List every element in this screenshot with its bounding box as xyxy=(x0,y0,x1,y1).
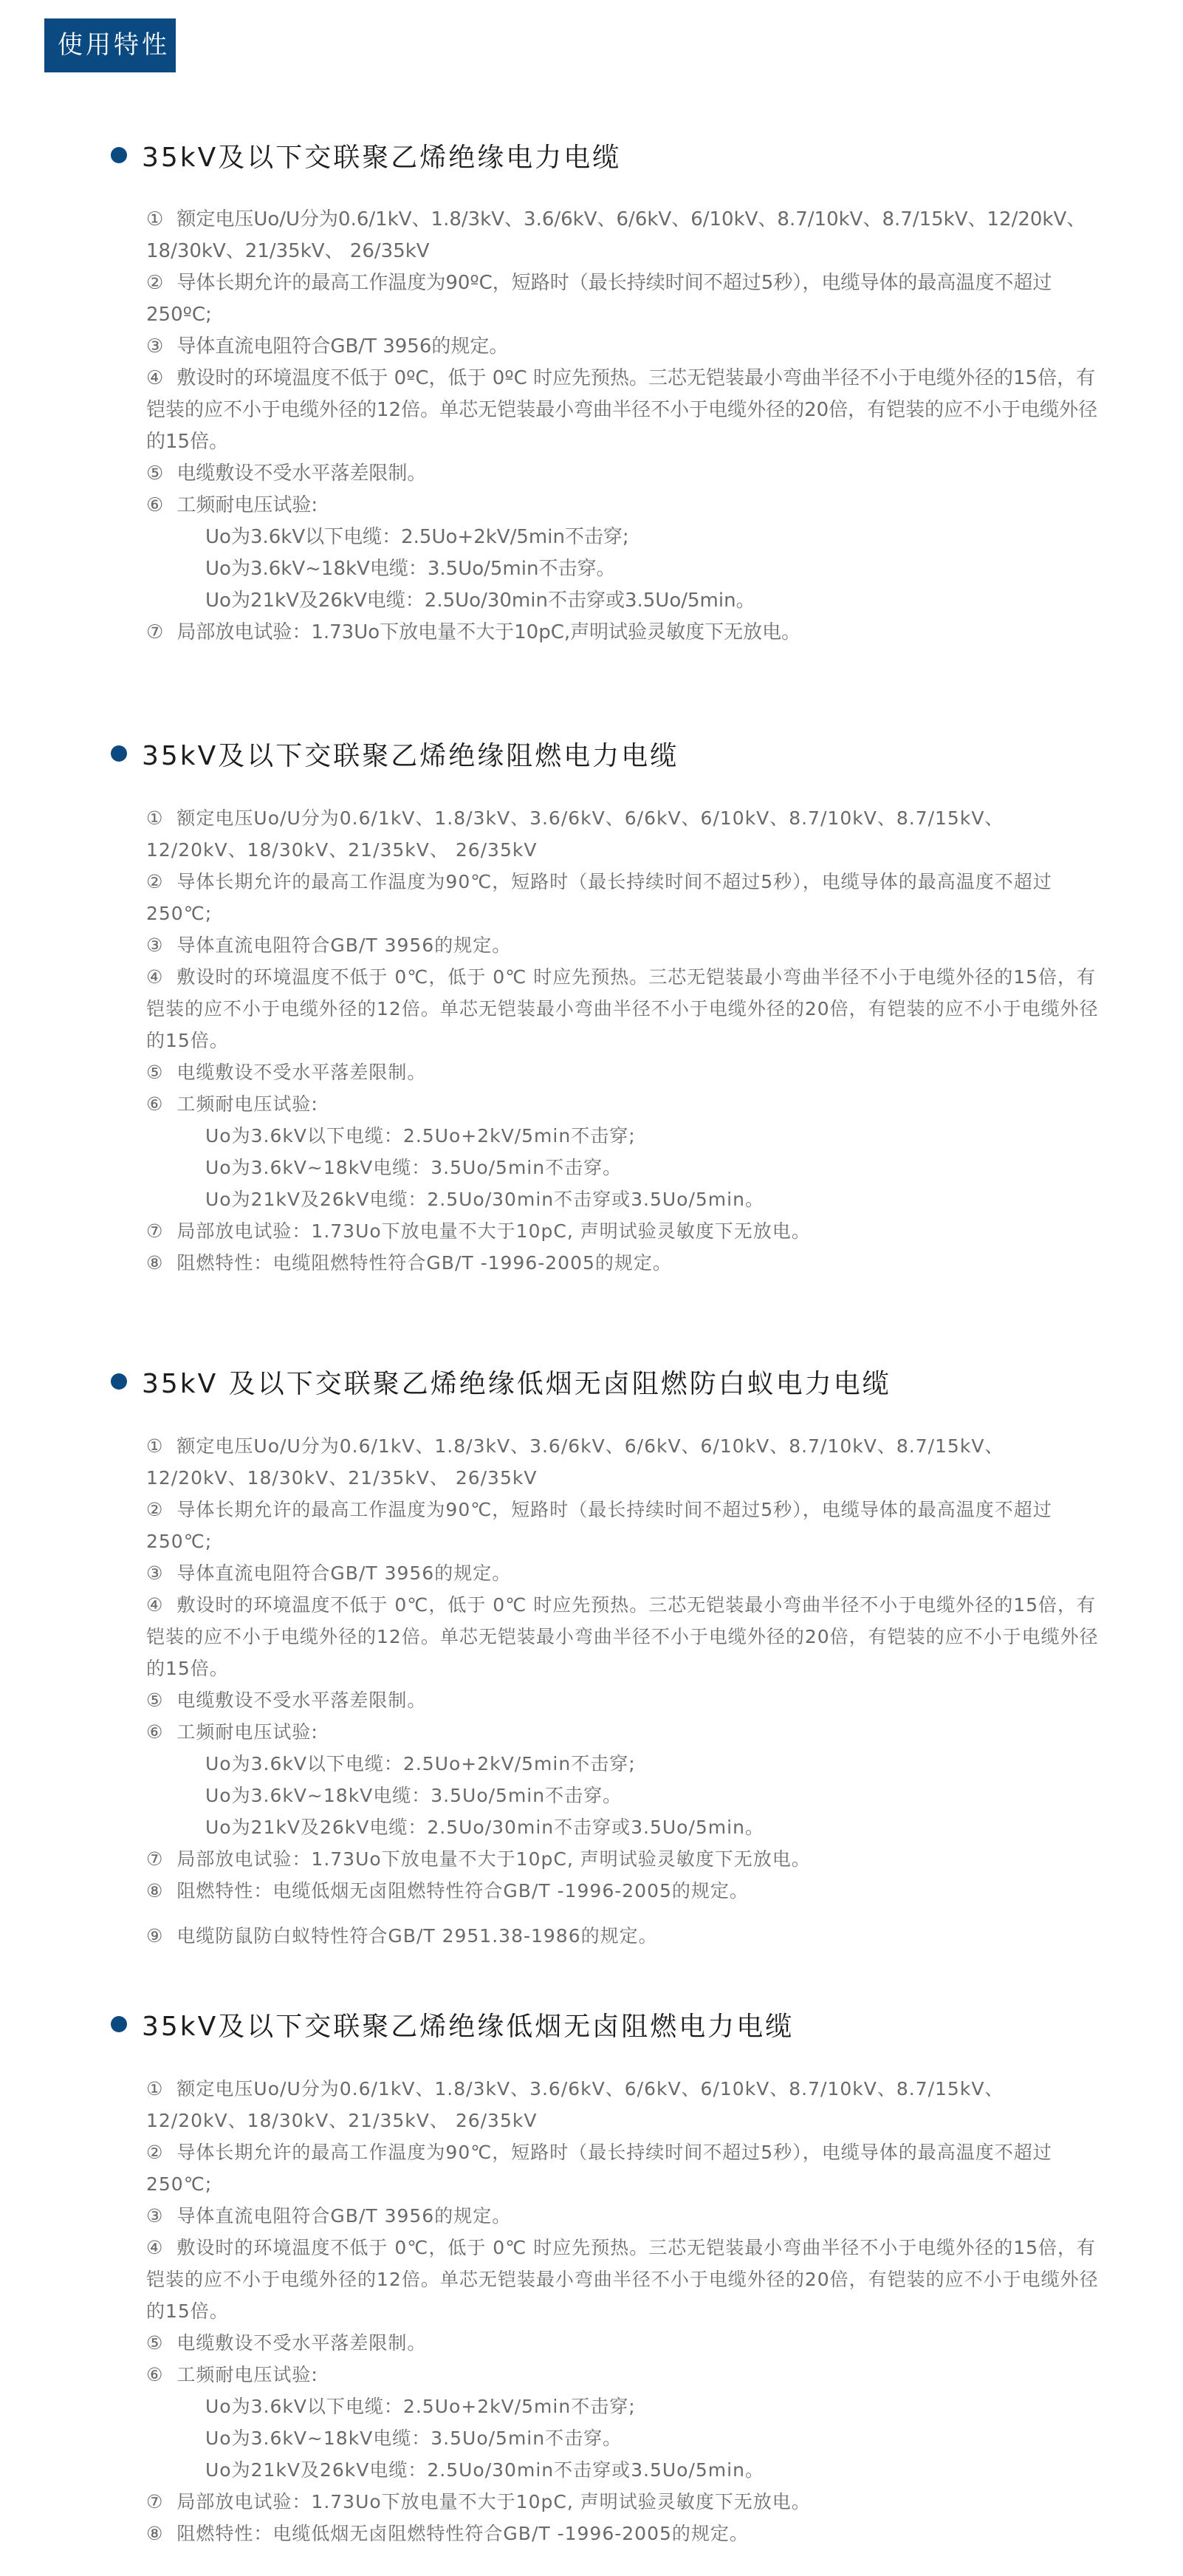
item-text: 导体直流电阻符合GB/T 3956的规定。 xyxy=(176,2205,511,2227)
list-subitem: Uo为3.6kV~18kV电缆：3.5Uo/5min不击穿。 xyxy=(146,1152,1100,1183)
list-item: ⑤电缆敷设不受水平落差限制。 xyxy=(146,458,1100,490)
list-subitem: Uo为3.6kV~18kV电缆：3.5Uo/5min不击穿。 xyxy=(146,553,1100,585)
bullet-dot-icon xyxy=(111,2016,127,2032)
item-text: 电缆敷设不受水平落差限制。 xyxy=(176,462,426,485)
item-text: 阻燃特性：电缆阻燃特性符合GB/T -1996-2005的规定。 xyxy=(176,1252,671,1274)
item-number: ⑤ xyxy=(146,1062,163,1083)
item-text: 导体直流电阻符合GB/T 3956的规定。 xyxy=(176,335,508,358)
item-number: ② xyxy=(146,272,163,294)
item-number: ⑤ xyxy=(146,1690,163,1711)
list-item: ①额定电压Uo/U分为0.6/1kV、1.8/3kV、3.6/6kV、6/6kV… xyxy=(146,1430,1100,1494)
list-item: ⑦局部放电试验：1.73Uo下放电量不大于10pC, 声明试验灵敏度下无放电。 xyxy=(146,1843,1100,1875)
item-number: ⑤ xyxy=(146,462,163,485)
list-item: ⑥工频耐电压试验: xyxy=(146,1088,1100,1120)
item-text: 导体直流电阻符合GB/T 3956的规定。 xyxy=(176,1562,511,1584)
item-number: ① xyxy=(146,807,163,829)
item-text: 额定电压Uo/U分为0.6/1kV、1.8/3kV、3.6/6kV、6/6kV、… xyxy=(146,807,1004,861)
list-item: ⑧阻燃特性：电缆低烟无卤阻燃特性符合GB/T -1996-2005的规定。 xyxy=(146,1875,1100,1907)
bullet-dot-icon xyxy=(111,1373,127,1390)
section-heading: 35kV及以下交联聚乙烯绝缘阻燃电力电缆 xyxy=(111,731,1100,776)
item-number: ⑤ xyxy=(146,2332,163,2354)
item-text: 工频耐电压试验: xyxy=(176,494,318,516)
item-text: 导体长期允许的最高工作温度为90℃，短路时（最长持续时间不超过5秒），电缆导体的… xyxy=(146,1499,1052,1552)
list-item: ⑦局部放电试验：1.73Uo下放电量不大于10pC, 声明试验灵敏度下无放电。 xyxy=(146,1215,1100,1247)
item-number: ③ xyxy=(146,1562,163,1584)
item-number: ① xyxy=(146,208,163,230)
item-text: 导体长期允许的最高工作温度为90℃，短路时（最长持续时间不超过5秒），电缆导体的… xyxy=(146,871,1052,924)
section-title: 35kV及以下交联聚乙烯绝缘电力电缆 xyxy=(142,137,621,174)
list-item: ②导体长期允许的最高工作温度为90℃，短路时（最长持续时间不超过5秒），电缆导体… xyxy=(146,2136,1100,2200)
item-text: 电缆防鼠防白蚁特性符合GB/T 2951.38-1986的规定。 xyxy=(176,1925,657,1947)
list-item: ③导体直流电阻符合GB/T 3956的规定。 xyxy=(146,331,1100,363)
list-subitem: Uo为21kV及26kV电缆：2.5Uo/30min不击穿或3.5Uo/5min… xyxy=(146,1811,1100,1843)
item-number: ⑥ xyxy=(146,494,163,516)
list-subitem: Uo为21kV及26kV电缆：2.5Uo/30min不击穿或3.5Uo/5min… xyxy=(146,1183,1100,1215)
list-item: ⑥工频耐电压试验: xyxy=(146,1716,1100,1748)
list-item: ③导体直流电阻符合GB/T 3956的规定。 xyxy=(146,929,1100,961)
product-section-flame-retardant: 35kV及以下交联聚乙烯绝缘阻燃电力电缆 ①额定电压Uo/U分为0.6/1kV、… xyxy=(111,731,1100,1279)
subitem-text: Uo为3.6kV以下电缆：2.5Uo+2kV/5min不击穿; xyxy=(205,1125,636,1147)
list-item: ⑨电缆防鼠防白蚁特性符合GB/T 2951.38-1986的规定。 xyxy=(146,1920,1100,1952)
item-number: ② xyxy=(146,871,163,892)
subitem-text: Uo为3.6kV~18kV电缆：3.5Uo/5min不击穿。 xyxy=(205,2428,622,2449)
item-text: 导体长期允许的最高工作温度为90ºC，短路时（最长持续时间不超过5秒），电缆导体… xyxy=(146,272,1052,326)
item-text: 工频耐电压试验: xyxy=(176,1721,318,1743)
item-number: ③ xyxy=(146,2205,163,2227)
item-number: ④ xyxy=(146,2237,163,2258)
product-section-lszh-flame-retardant: 35kV及以下交联聚乙烯绝缘低烟无卤阻燃电力电缆 ①额定电压Uo/U分为0.6/… xyxy=(111,2002,1100,2549)
list-subitem: Uo为3.6kV~18kV电缆：3.5Uo/5min不击穿。 xyxy=(146,2422,1100,2454)
item-text: 工频耐电压试验: xyxy=(176,1093,318,1115)
subitem-text: Uo为3.6kV以下电缆：2.5Uo+2kV/5min不击穿; xyxy=(205,2396,636,2417)
item-text: 阻燃特性：电缆低烟无卤阻燃特性符合GB/T -1996-2005的规定。 xyxy=(176,1880,748,1902)
item-number: ⑨ xyxy=(146,1925,163,1947)
bullet-dot-icon xyxy=(111,147,127,163)
item-number: ② xyxy=(146,1499,163,1520)
item-number: ⑦ xyxy=(146,1848,163,1870)
list-subitem: Uo为3.6kV以下电缆：2.5Uo+2kV/5min不击穿; xyxy=(146,522,1100,553)
list-item: ④敷设时的环境温度不低于 0℃，低于 0℃ 时应先预热。三芯无铠装最小弯曲半径不… xyxy=(146,1589,1100,1684)
list-item: ①额定电压Uo/U分为0.6/1kV、1.8/3kV、3.6/6kV、6/6kV… xyxy=(146,204,1100,267)
section-tab-header: 使用特性 >> xyxy=(44,18,176,72)
item-number: ① xyxy=(146,2078,163,2100)
list-item: ⑧阻燃特性：电缆阻燃特性符合GB/T -1996-2005的规定。 xyxy=(146,1247,1100,1279)
section-title: 35kV 及以下交联聚乙烯绝缘低烟无卤阻燃防白蚁电力电缆 xyxy=(142,1363,891,1401)
item-number: ⑥ xyxy=(146,2364,163,2385)
section-title: 35kV及以下交联聚乙烯绝缘阻燃电力电缆 xyxy=(142,735,679,773)
item-text: 额定电压Uo/U分为0.6/1kV、1.8/3kV、3.6/6kV、6/6kV、… xyxy=(146,1435,1004,1489)
item-number: ① xyxy=(146,1435,163,1457)
item-number: ⑦ xyxy=(146,621,163,643)
list-item: ①额定电压Uo/U分为0.6/1kV、1.8/3kV、3.6/6kV、6/6kV… xyxy=(146,2073,1100,2136)
list-item: ⑤电缆敷设不受水平落差限制。 xyxy=(146,1684,1100,1716)
list-item: ⑤电缆敷设不受水平落差限制。 xyxy=(146,2327,1100,2359)
list-subitem: Uo为3.6kV以下电缆：2.5Uo+2kV/5min不击穿; xyxy=(146,1120,1100,1152)
item-number: ③ xyxy=(146,335,163,358)
list-item: ②导体长期允许的最高工作温度为90ºC，短路时（最长持续时间不超过5秒），电缆导… xyxy=(146,267,1100,331)
list-item: ②导体长期允许的最高工作温度为90℃，短路时（最长持续时间不超过5秒），电缆导体… xyxy=(146,866,1100,929)
item-text: 敷设时的环境温度不低于 0ºC，低于 0ºC 时应先预热。三芯无铠装最小弯曲半径… xyxy=(146,367,1097,453)
item-number: ③ xyxy=(146,935,163,956)
subitem-text: Uo为3.6kV~18kV电缆：3.5Uo/5min不击穿。 xyxy=(205,558,615,580)
subitem-text: Uo为3.6kV以下电缆：2.5Uo+2kV/5min不击穿; xyxy=(205,526,629,548)
characteristics-list: ①额定电压Uo/U分为0.6/1kV、1.8/3kV、3.6/6kV、6/6kV… xyxy=(111,802,1100,1279)
list-item: ④敷设时的环境温度不低于 0℃，低于 0℃ 时应先预热。三芯无铠装最小弯曲半径不… xyxy=(146,961,1100,1056)
list-subitem: Uo为3.6kV~18kV电缆：3.5Uo/5min不击穿。 xyxy=(146,1780,1100,1811)
item-text: 敷设时的环境温度不低于 0℃，低于 0℃ 时应先预热。三芯无铠装最小弯曲半径不小… xyxy=(146,966,1099,1051)
spacer xyxy=(146,1907,1100,1920)
item-number: ⑧ xyxy=(146,1880,163,1902)
section-heading: 35kV及以下交联聚乙烯绝缘电力电缆 xyxy=(111,133,1100,177)
list-subitem: Uo为21kV及26kV电缆：2.5Uo/30min不击穿或3.5Uo/5min… xyxy=(146,2454,1100,2486)
subitem-text: Uo为21kV及26kV电缆：2.5Uo/30min不击穿或3.5Uo/5min… xyxy=(205,590,755,612)
list-item: ⑧阻燃特性：电缆低烟无卤阻燃特性符合GB/T -1996-2005的规定。 xyxy=(146,2518,1100,2549)
subitem-text: Uo为3.6kV~18kV电缆：3.5Uo/5min不击穿。 xyxy=(205,1157,622,1178)
list-item: ③导体直流电阻符合GB/T 3956的规定。 xyxy=(146,1557,1100,1589)
item-text: 局部放电试验：1.73Uo下放电量不大于10pC, 声明试验灵敏度下无放电。 xyxy=(176,1848,810,1870)
item-number: ⑦ xyxy=(146,1220,163,1242)
section-title: 35kV及以下交联聚乙烯绝缘低烟无卤阻燃电力电缆 xyxy=(142,2006,794,2043)
item-number: ④ xyxy=(146,1594,163,1616)
item-number: ⑥ xyxy=(146,1721,163,1743)
item-text: 额定电压Uo/U分为0.6/1kV、1.8/3kV、3.6/6kV、6/6kV、… xyxy=(146,208,1086,262)
item-text: 导体直流电阻符合GB/T 3956的规定。 xyxy=(176,935,511,956)
list-item: ③导体直流电阻符合GB/T 3956的规定。 xyxy=(146,2200,1100,2232)
list-item: ②导体长期允许的最高工作温度为90℃，短路时（最长持续时间不超过5秒），电缆导体… xyxy=(146,1494,1100,1557)
list-item: ⑥工频耐电压试验: xyxy=(146,490,1100,522)
section-heading: 35kV及以下交联聚乙烯绝缘低烟无卤阻燃电力电缆 xyxy=(111,2002,1100,2046)
item-text: 局部放电试验：1.73Uo下放电量不大于10pC, 声明试验灵敏度下无放电。 xyxy=(176,2491,810,2512)
product-section-lszh-anti-termite: 35kV 及以下交联聚乙烯绝缘低烟无卤阻燃防白蚁电力电缆 ①额定电压Uo/U分为… xyxy=(111,1359,1100,1952)
item-number: ⑥ xyxy=(146,1093,163,1115)
item-text: 工频耐电压试验: xyxy=(176,2364,318,2385)
item-text: 敷设时的环境温度不低于 0℃，低于 0℃ 时应先预热。三芯无铠装最小弯曲半径不小… xyxy=(146,2237,1099,2322)
item-text: 额定电压Uo/U分为0.6/1kV、1.8/3kV、3.6/6kV、6/6kV、… xyxy=(146,2078,1004,2131)
list-item: ⑤电缆敷设不受水平落差限制。 xyxy=(146,1056,1100,1088)
subitem-text: Uo为21kV及26kV电缆：2.5Uo/30min不击穿或3.5Uo/5min… xyxy=(205,1189,764,1210)
item-number: ④ xyxy=(146,966,163,988)
characteristics-list: ①额定电压Uo/U分为0.6/1kV、1.8/3kV、3.6/6kV、6/6kV… xyxy=(111,1430,1100,1952)
list-subitem: Uo为3.6kV以下电缆：2.5Uo+2kV/5min不击穿; xyxy=(146,1748,1100,1780)
list-subitem: Uo为3.6kV以下电缆：2.5Uo+2kV/5min不击穿; xyxy=(146,2391,1100,2422)
item-text: 导体长期允许的最高工作温度为90℃，短路时（最长持续时间不超过5秒），电缆导体的… xyxy=(146,2142,1052,2195)
section-heading: 35kV 及以下交联聚乙烯绝缘低烟无卤阻燃防白蚁电力电缆 xyxy=(111,1359,1100,1404)
item-text: 电缆敷设不受水平落差限制。 xyxy=(176,2332,426,2354)
characteristics-list: ①额定电压Uo/U分为0.6/1kV、1.8/3kV、3.6/6kV、6/6kV… xyxy=(111,2073,1100,2549)
item-number: ⑧ xyxy=(146,1252,163,1274)
item-text: 局部放电试验：1.73Uo下放电量不大于10pC, 声明试验灵敏度下无放电。 xyxy=(176,1220,810,1242)
list-item: ⑥工频耐电压试验: xyxy=(146,2359,1100,2391)
list-item: ⑦局部放电试验：1.73Uo下放电量不大于10pC,声明试验灵敏度下无放电。 xyxy=(146,617,1100,649)
item-text: 电缆敷设不受水平落差限制。 xyxy=(176,1062,426,1083)
subitem-text: Uo为21kV及26kV电缆：2.5Uo/30min不击穿或3.5Uo/5min… xyxy=(205,1817,764,1838)
item-number: ② xyxy=(146,2142,163,2163)
subitem-text: Uo为3.6kV~18kV电缆：3.5Uo/5min不击穿。 xyxy=(205,1785,622,1806)
list-item: ④敷设时的环境温度不低于 0℃，低于 0℃ 时应先预热。三芯无铠装最小弯曲半径不… xyxy=(146,2232,1100,2327)
subitem-text: Uo为3.6kV以下电缆：2.5Uo+2kV/5min不击穿; xyxy=(205,1753,636,1774)
list-item: ④敷设时的环境温度不低于 0ºC，低于 0ºC 时应先预热。三芯无铠装最小弯曲半… xyxy=(146,363,1100,458)
characteristics-list: ①额定电压Uo/U分为0.6/1kV、1.8/3kV、3.6/6kV、6/6kV… xyxy=(111,204,1100,649)
item-text: 局部放电试验：1.73Uo下放电量不大于10pC,声明试验灵敏度下无放电。 xyxy=(176,621,800,643)
item-number: ⑧ xyxy=(146,2523,163,2544)
product-section-xlpe: 35kV及以下交联聚乙烯绝缘电力电缆 ①额定电压Uo/U分为0.6/1kV、1.… xyxy=(111,133,1100,649)
list-item: ①额定电压Uo/U分为0.6/1kV、1.8/3kV、3.6/6kV、6/6kV… xyxy=(146,802,1100,866)
subitem-text: Uo为21kV及26kV电缆：2.5Uo/30min不击穿或3.5Uo/5min… xyxy=(205,2459,764,2481)
list-item: ⑦局部放电试验：1.73Uo下放电量不大于10pC, 声明试验灵敏度下无放电。 xyxy=(146,2486,1100,2518)
item-number: ④ xyxy=(146,367,163,389)
item-number: ⑦ xyxy=(146,2491,163,2512)
item-text: 电缆敷设不受水平落差限制。 xyxy=(176,1690,426,1711)
item-text: 敷设时的环境温度不低于 0℃，低于 0℃ 时应先预热。三芯无铠装最小弯曲半径不小… xyxy=(146,1594,1099,1679)
list-subitem: Uo为21kV及26kV电缆：2.5Uo/30min不击穿或3.5Uo/5min… xyxy=(146,585,1100,617)
bullet-dot-icon xyxy=(111,745,127,762)
item-text: 阻燃特性：电缆低烟无卤阻燃特性符合GB/T -1996-2005的规定。 xyxy=(176,2523,748,2544)
